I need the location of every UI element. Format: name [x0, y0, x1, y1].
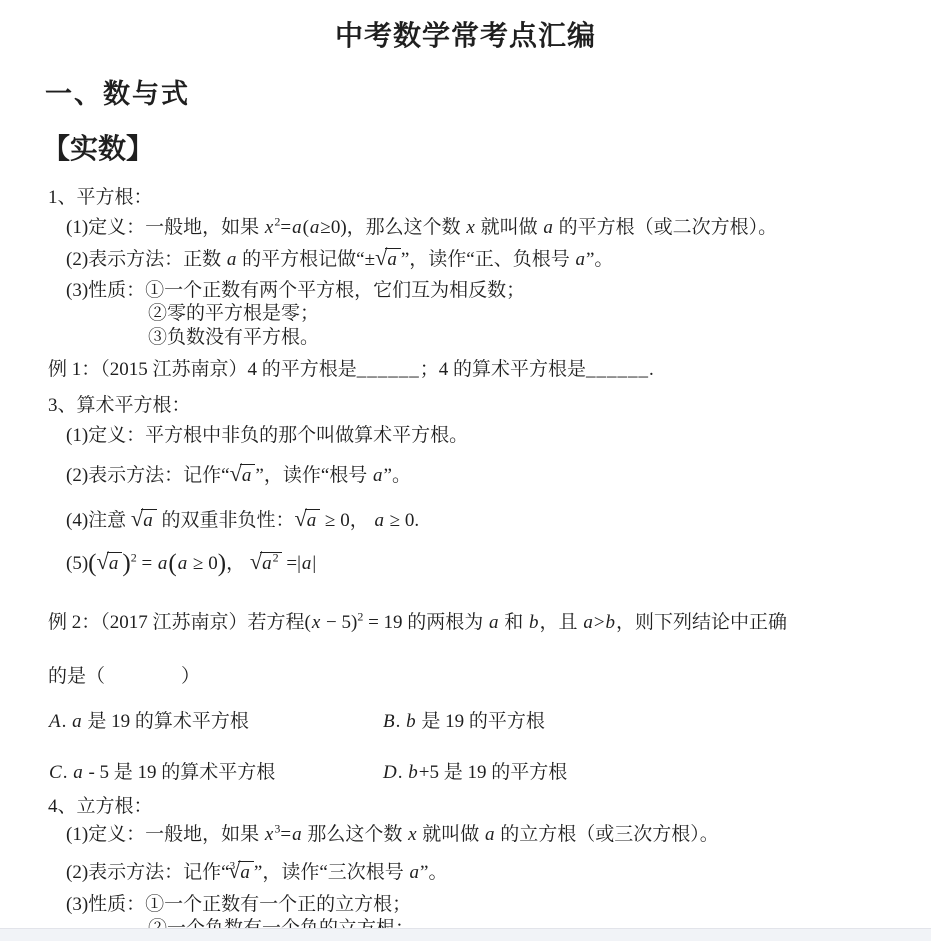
subsection-heading-real-numbers: 【实数】 [42, 127, 154, 167]
radical-expression: √a [230, 461, 256, 488]
math-variable: a [484, 824, 496, 845]
text-run: (1)定义：一般地，如果 [66, 217, 264, 238]
text-run: = [137, 553, 157, 574]
superscript: 2 [273, 551, 279, 565]
math-variable: a [108, 553, 120, 574]
text-run: 就叫做 [418, 824, 485, 845]
text-run: (1)定义：一般地，如果 [66, 824, 264, 845]
text-run: ②零的平方根是零； [148, 303, 319, 324]
tall-paren: ) [122, 550, 130, 577]
text-run: (4)注意 [66, 510, 131, 531]
text-run: - 5 是 19 的算术平方根 [84, 762, 276, 783]
radical-expression: √a [294, 506, 320, 533]
math-variable: a [226, 249, 238, 270]
math-variable: a [574, 249, 586, 270]
text-run: = [280, 824, 291, 845]
math-variable: a [241, 465, 253, 486]
math-variable: a [309, 217, 321, 238]
text-run: ， [226, 553, 250, 574]
topic1-property3-line: ③负数没有平方根。 [148, 326, 319, 350]
math-variable: C [48, 762, 63, 783]
example2-option-c: C. a - 5 是 19 的算术平方根 [48, 761, 275, 785]
text-run: (5) [66, 553, 88, 574]
math-variable: D [382, 762, 398, 783]
text-run: 的是（ ） [48, 666, 200, 687]
tall-paren: ( [168, 550, 176, 577]
topic4-cube-root-heading: 4、立方根： [48, 795, 153, 819]
radical-expression: √a [131, 506, 157, 533]
math-variable: a [488, 612, 500, 633]
math-variable: b [405, 711, 417, 732]
text-run: 那么这个数 [303, 824, 408, 845]
topic1-square-root-heading: 1、平方根： [48, 186, 153, 210]
tall-paren: ) [218, 550, 226, 577]
text-run: 和 [500, 612, 529, 633]
math-variable: a [373, 510, 385, 531]
text-run: ( [303, 217, 309, 238]
topic1-property2-line: ②零的平方根是零； [148, 302, 319, 326]
text-run: (3)性质：①一个正数有一个正的立方根； [66, 894, 411, 915]
text-run: | [312, 553, 316, 574]
math-variable: a [386, 249, 398, 270]
answer-blank: ______ [357, 359, 420, 380]
math-variable: a [71, 711, 83, 732]
example2-option-b: B. b 是 19 的平方根 [382, 710, 545, 734]
text-run: =| [282, 553, 301, 574]
math-variable: a [409, 862, 421, 883]
text-run: . [62, 711, 72, 732]
math-variable: A [48, 711, 62, 732]
text-run: ，则下列结论中正确 [616, 612, 787, 633]
text-run: 的平方根（或二次方根）。 [554, 217, 777, 238]
text-run: 例 1：（2015 江苏南京）4 的平方根是 [48, 359, 357, 380]
radicand: a [305, 509, 321, 531]
text-run: +5 是 19 的平方根 [419, 762, 567, 783]
text-run: ”，读作“根号 [255, 465, 372, 486]
text-run: 是 19 的算术平方根 [83, 711, 249, 732]
text-run: 就叫做 [476, 217, 543, 238]
viewport-bottom-strip [0, 928, 931, 941]
math-variable: x [407, 824, 417, 845]
math-variable: a [301, 553, 313, 574]
topic4-notation-line: (2)表示方法：记作“3√a”，读作“三次根号 a”。 [66, 858, 447, 885]
text-run: ，且 [540, 612, 583, 633]
math-variable: b [528, 612, 540, 633]
text-run: − 5) [321, 612, 357, 633]
example2-option-d: D. b+5 是 19 的平方根 [382, 761, 567, 785]
example2-option-a: A. a 是 19 的算术平方根 [48, 710, 249, 734]
math-variable: b [605, 612, 617, 633]
text-run: . [398, 762, 408, 783]
text-run: 是 19 的平方根 [417, 711, 545, 732]
math-variable: a [291, 217, 303, 238]
text-run: (3)性质：①一个正数有两个平方根，它们互为相反数； [66, 280, 525, 301]
radical-expression: √a [375, 245, 401, 272]
radical-expression: √a [97, 549, 123, 576]
topic3-definition-line: (1)定义：平方根中非负的那个叫做算术平方根。 [66, 424, 468, 448]
topic4-property1-line: (3)性质：①一个正数有一个正的立方根； [66, 893, 411, 917]
math-variable: a [542, 217, 554, 238]
text-run: ”。 [420, 862, 447, 883]
math-variable: a [372, 465, 384, 486]
text-run: 4、立方根： [48, 796, 153, 817]
text-run: = [280, 217, 291, 238]
cube-radical-expression: 3√a [230, 858, 254, 885]
math-variable: a [239, 862, 251, 883]
text-run: > [594, 612, 605, 633]
text-run: 1、平方根： [48, 187, 153, 208]
text-run: (1)定义：平方根中非负的那个叫做算术平方根。 [66, 425, 468, 446]
topic1-definition-line: (1)定义：一般地，如果 x2=a(a≥0)，那么这个数 x 就叫做 a 的平方… [66, 216, 777, 240]
math-variable: a [142, 510, 154, 531]
math-variable: a [72, 762, 84, 783]
text-run: ≥0)，那么这个数 [320, 217, 465, 238]
radicand: a [240, 464, 256, 486]
text-run: ”，读作“正、负根号 [401, 249, 575, 270]
topic3-formula-line: (5)(√a)2 = a(a ≥ 0)， √a2 =|a| [66, 549, 316, 576]
text-run: (2)表示方法：记作“ [66, 862, 230, 883]
math-variable: a [291, 824, 303, 845]
math-variable: a [177, 553, 189, 574]
text-run: . [649, 359, 654, 380]
page-title: 中考数学常考点汇编 [0, 14, 931, 54]
math-variable: a [157, 553, 169, 574]
math-variable: a [582, 612, 594, 633]
radicand: a [385, 248, 401, 270]
text-run: (2)表示方法：记作“ [66, 465, 230, 486]
text-run: 3、算术平方根： [48, 395, 191, 416]
text-run: 的双重非负性： [157, 510, 295, 531]
math-variable: B [382, 711, 396, 732]
math-variable: a [306, 510, 318, 531]
answer-blank: ______ [586, 359, 649, 380]
radicand: a [238, 861, 254, 883]
text-run: ≥ 0， [320, 510, 373, 531]
text-run: . [63, 762, 73, 783]
math-variable: x [465, 217, 475, 238]
topic4-definition-line: (1)定义：一般地，如果 x3=a 那么这个数 x 就叫做 a 的立方根（或三次… [66, 823, 719, 847]
example2-question-line1: 例 2：（2017 江苏南京）若方程(x − 5)2 = 19 的两根为 a 和… [48, 611, 787, 635]
topic3-nonnegativity-line: (4)注意 √a 的双重非负性：√a ≥ 0， a ≥ 0. [66, 506, 419, 533]
text-run: ≥ 0 [188, 553, 217, 574]
radicand: a2 [260, 552, 282, 574]
example1-line: 例 1：（2015 江苏南京）4 的平方根是______；4 的算术平方根是__… [48, 358, 654, 382]
section-heading: 一、数与式 [45, 72, 190, 111]
text-run: ；4 的算术平方根是 [420, 359, 586, 380]
radicand: a [141, 509, 157, 531]
text-run: ”。 [384, 465, 411, 486]
math-variable: x [264, 217, 274, 238]
topic3-notation-line: (2)表示方法：记作“√a”，读作“根号 a”。 [66, 461, 411, 488]
math-variable: a [261, 553, 273, 574]
text-run: ≥ 0. [385, 510, 419, 531]
tall-paren: ( [88, 550, 96, 577]
text-run: 的立方根（或三次方根）。 [496, 824, 719, 845]
text-run: . [396, 711, 406, 732]
example2-question-line2: 的是（ ） [48, 665, 200, 689]
radicand: a [107, 552, 123, 574]
text-run: 例 2：（2017 江苏南京）若方程( [48, 612, 311, 633]
text-run: ”。 [586, 249, 613, 270]
topic1-property1-line: (3)性质：①一个正数有两个平方根，它们互为相反数； [66, 279, 525, 303]
math-variable: x [311, 612, 321, 633]
radical-expression: √a2 [250, 549, 282, 576]
math-variable: x [264, 824, 274, 845]
text-run: ”，读作“三次根号 [254, 862, 409, 883]
document-page: 中考数学常考点汇编 一、数与式 【实数】 1、平方根： (1)定义：一般地，如果… [0, 0, 931, 941]
text-run: 的平方根记做“± [237, 249, 375, 270]
topic3-arithmetic-square-root-heading: 3、算术平方根： [48, 394, 191, 418]
text-run: (2)表示方法：正数 [66, 249, 226, 270]
topic1-notation-line: (2)表示方法：正数 a 的平方根记做“±√a”，读作“正、负根号 a”。 [66, 245, 613, 272]
math-variable: b [407, 762, 419, 783]
text-run: ③负数没有平方根。 [148, 327, 319, 348]
text-run: = 19 的两根为 [363, 612, 488, 633]
